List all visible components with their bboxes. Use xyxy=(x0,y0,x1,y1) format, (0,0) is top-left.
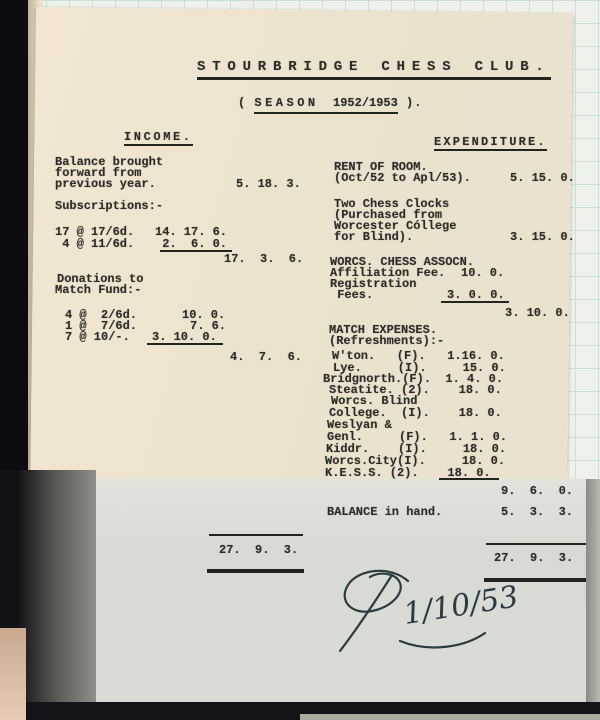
income-line: Subscriptions:- xyxy=(55,200,163,212)
rule-line xyxy=(160,250,232,252)
scanned-ledger-page: STOURBRIDGE CHESS CLUB. ( SEASON 1952/19… xyxy=(0,0,600,720)
signature-date: 1/10/53 xyxy=(401,579,521,632)
sheet-edge-shadow xyxy=(586,479,600,709)
income-subtotal: 17. 3. 6. xyxy=(224,253,303,265)
income-amount: 2. 6. 0. xyxy=(155,238,227,250)
season-underlined: SEASON 1952/1953 xyxy=(254,96,397,114)
balance-amount: 5. 3. 3. xyxy=(501,506,573,518)
season-close-paren: ). xyxy=(398,96,423,110)
income-header: INCOME. xyxy=(124,131,193,146)
income-amount: 5. 18. 3. xyxy=(236,178,301,190)
income-amount: 3. 10. 0. xyxy=(152,331,217,343)
expense-amount: 3. 0. 0. xyxy=(447,289,505,301)
expenditure-header: EXPENDITURE. xyxy=(434,136,547,151)
signature: 1/10/53 xyxy=(330,563,530,663)
expense-amount: 3. 15. 0. xyxy=(510,231,575,243)
balance-label: BALANCE in hand. xyxy=(327,506,442,518)
income-total: 27. 9. 3. xyxy=(219,544,298,556)
rule-line xyxy=(439,478,499,480)
expense-subtotal: 9. 6. 0. xyxy=(501,485,573,497)
income-line: 7 @ 10/-. xyxy=(65,331,130,343)
income-line: previous year. xyxy=(55,178,156,190)
rule-line xyxy=(209,534,303,536)
rule-line xyxy=(207,569,304,573)
season-line: ( SEASON 1952/1953 ). xyxy=(238,97,422,109)
page-title: STOURBRIDGE CHESS CLUB. xyxy=(197,60,551,80)
season-years: 1952/1953 xyxy=(319,96,398,110)
season-open-paren: ( xyxy=(238,96,254,110)
expense-subtotal: 3. 10. 0. xyxy=(505,307,570,319)
rule-line xyxy=(486,543,586,545)
expense-amount: 5. 15. 0. xyxy=(510,172,575,184)
bottom-left-page-corner xyxy=(0,628,26,720)
income-line: 4 @ 11/6d. xyxy=(55,238,134,250)
rule-line xyxy=(147,343,223,345)
bottom-paper-sliver xyxy=(300,714,600,720)
expense-amount: 10. 0. xyxy=(461,267,504,279)
expense-line: (Oct/52 to Apl/53). xyxy=(334,172,471,184)
rule-line xyxy=(441,301,509,303)
income-subtotal: 4. 7. 6. xyxy=(230,351,302,363)
book-spine-edge xyxy=(0,0,30,478)
income-line: Match Fund:- xyxy=(55,284,141,296)
expense-line: for Blind). xyxy=(334,231,413,243)
expense-line: (Refreshments):- xyxy=(329,335,444,347)
expense-line: Fees. xyxy=(330,289,373,301)
season-word: SEASON xyxy=(254,96,318,110)
